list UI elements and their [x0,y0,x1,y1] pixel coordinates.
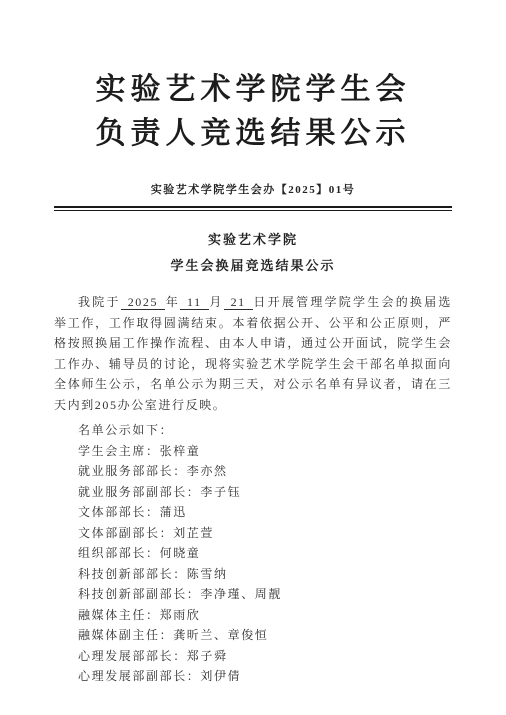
document-title: 实验艺术学院学生会 负责人竞选结果公示 [0,68,506,156]
roster-item-tech-innovation-head: 科技创新部部长：陈雪纳 [54,564,452,585]
section-heading-line1: 实验艺术学院 [0,227,506,253]
roster-item-employment-deputy: 就业服务部副部长：李子钰 [54,482,452,503]
roster-list: 名单公示如下： 学生会主席：张梓童 就业服务部部长：李亦然 就业服务部副部长：李… [54,420,452,687]
header-divider-rule [54,206,452,211]
paragraph-segment-4: 日开展管理学院学生会的换届选举工作，工作取得圆满结束。本着依据公开、公平和公正原… [54,295,452,412]
roster-item-sports-head: 文体部部长：蒲迅 [54,502,452,523]
roster-item-media-deputy: 融媒体副主任：龚昕兰、章俊恒 [54,625,452,646]
paragraph-segment-2: 年 [165,295,180,309]
roster-item-media-director: 融媒体主任：郑雨欣 [54,605,452,626]
roster-item-organization-head: 组织部部长：何晓童 [54,543,452,564]
document-title-line2: 负责人竞选结果公示 [0,112,506,156]
roster-item-psych-deputy: 心理发展部副部长：刘伊倩 [54,666,452,687]
roster-item-psych-head: 心理发展部部长：郑子舜 [54,646,452,667]
paragraph-segment-3: 月 [209,295,224,309]
roster-item-tech-innovation-deputy: 科技创新部副部长：李净瑾、周靓 [54,584,452,605]
roster-item-sports-deputy: 文体部副部长：刘芷萱 [54,523,452,544]
paragraph-segment-1: 我院于 [78,295,121,309]
section-heading-line2: 学生会换届竞选结果公示 [0,253,506,279]
roster-item-president: 学生会主席：张梓童 [54,441,452,462]
roster-item-employment-head: 就业服务部部长：李亦然 [54,461,452,482]
document-number: 实验艺术学院学生会办【2025】01号 [0,183,506,197]
year-underlined-value: 2025 [121,295,165,310]
roster-intro-line: 名单公示如下： [54,420,452,441]
section-heading: 实验艺术学院 学生会换届竞选结果公示 [0,227,506,279]
day-underlined-value: 21 [224,295,253,310]
document-page: 实验艺术学院学生会 负责人竞选结果公示 实验艺术学院学生会办【2025】01号 … [0,0,506,715]
announcement-paragraph: 我院于2025年11月21日开展管理学院学生会的换届选举工作，工作取得圆满结束。… [54,292,452,415]
month-underlined-value: 11 [180,295,209,310]
document-title-line1: 实验艺术学院学生会 [0,68,506,112]
